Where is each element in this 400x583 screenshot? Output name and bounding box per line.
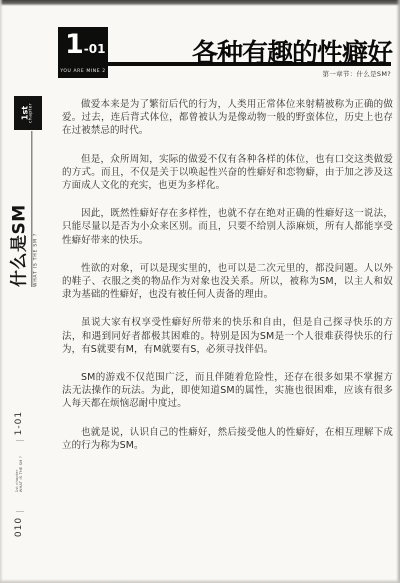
- paragraph: 因此，既然性癖好存在多样性，也就不存在绝对正确的性癖好这一说法，只能尽量以是否为…: [62, 207, 393, 247]
- scan-edge-bottom: [0, 579, 400, 583]
- paragraph: 也就是说，认识自己的性癖好，然后接受他人的性癖好，在相互理解下成立的行为称为SM…: [62, 426, 393, 452]
- chapter-number: 1-01: [65, 29, 105, 60]
- sidebar-chapter-tag-line2: chapter: [30, 103, 35, 123]
- chapter-number-sub: -01: [84, 42, 106, 56]
- footer-separator-2: |: [15, 439, 24, 442]
- footer-chapter-tag-line2: WHAT IS THE SM ?: [19, 456, 23, 492]
- chapter-number-main: 1: [65, 29, 84, 60]
- footer-chapter-tag: 1st chapter WHAT IS THE SM ?: [15, 456, 24, 492]
- scan-edge-top: [0, 0, 400, 6]
- paragraph: 但是，众所周知，实际的做爱不仅有各种各样的体位，也有口交这类做爱的方式。而且，不…: [62, 153, 393, 193]
- footer-chapter-tag-line1: 1st chapter: [15, 469, 19, 492]
- sidebar-chapter-tag-box: 1st chapter: [14, 96, 42, 130]
- scan-edge-left: [0, 0, 3, 583]
- footer-separator-1: |: [15, 510, 24, 513]
- series-label: YOU ARE MINE 2: [58, 69, 108, 74]
- body-text: 做爱本来是为了繁衍后代的行为，人类用正常体位来射精被称为正确的做爱。过去，连后背…: [62, 98, 393, 467]
- paragraph: 虽说大家有权享受性癖好所带来的快乐和自由，但是自己探寻快乐的方法，和遇到同好者都…: [62, 316, 393, 356]
- paragraph: 性欲的对象，可以是现实里的，也可以是二次元里的，都没问题。人以外的鞋子、衣服之类…: [62, 262, 393, 302]
- chapter-number-box: 1-01 YOU ARE MINE 2: [58, 27, 108, 78]
- paragraph: 做爱本来是为了繁衍后代的行为，人类用正常体位来射精被称为正确的做爱。过去，连后背…: [62, 98, 393, 138]
- sidebar-chapter-tag: 1st chapter: [21, 103, 34, 123]
- footer-section-code: 1-01: [14, 411, 24, 435]
- sidebar-section-title: 什么是SM: [11, 131, 32, 287]
- page-number: 010: [14, 517, 24, 537]
- page-title: 各种有趣的性癖好: [192, 33, 392, 70]
- sidebar-section-title-en: WHAT IS THE SM ?: [32, 131, 39, 287]
- header-subtitle: 第一章节：什么是SM?: [323, 69, 391, 78]
- book-page: { "header": { "chapter_number_main": "1"…: [0, 0, 400, 583]
- paragraph: SM的游戏不仅范围广泛，而且伴随着危险性，还存在很多如果不掌握方法无法操作的玩法…: [62, 371, 393, 411]
- scan-edge-right: [396, 0, 400, 583]
